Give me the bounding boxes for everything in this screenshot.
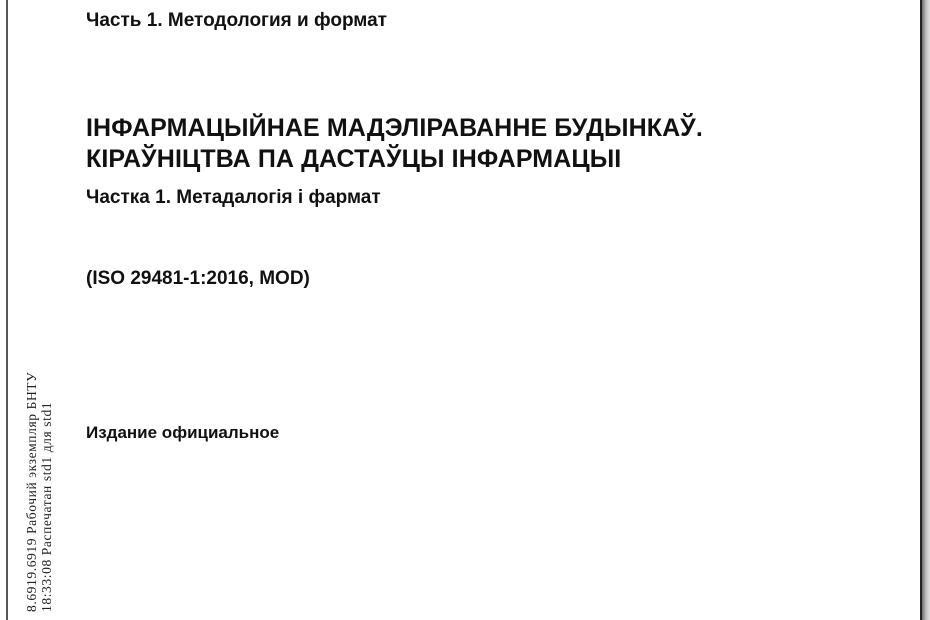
page-left-border — [6, 0, 8, 620]
watermark-line-1: 8.6919.6919 Рабочий экземпляр БНТУ — [24, 372, 39, 612]
page-shadow — [922, 0, 930, 620]
part-title-ru: Часть 1. Методология и формат — [86, 10, 387, 32]
edition-note: Издание официальное — [86, 423, 279, 443]
watermark-line-2: 18:33:08 Распечатан std1 для std1 — [39, 372, 54, 612]
part-title-by: Частка 1. Метадалогія і фармат — [86, 187, 381, 209]
main-title: ІНФАРМАЦЫЙНАЕ МАДЭЛІРАВАННЕ БУДЫНКАЎ. КІ… — [86, 113, 703, 175]
main-title-line-1: ІНФАРМАЦЫЙНАЕ МАДЭЛІРАВАННЕ БУДЫНКАЎ. — [86, 113, 703, 144]
print-watermark: 8.6919.6919 Рабочий экземпляр БНТУ 18:33… — [24, 372, 54, 620]
standard-reference: (ISO 29481-1:2016, MOD) — [86, 268, 310, 290]
main-title-line-2: КІРАЎНІЦТВА ПА ДАСТАЎЦЫ ІНФАРМАЦЫІ — [86, 144, 703, 175]
document-page: Часть 1. Методология и формат ІНФАРМАЦЫЙ… — [0, 0, 930, 620]
